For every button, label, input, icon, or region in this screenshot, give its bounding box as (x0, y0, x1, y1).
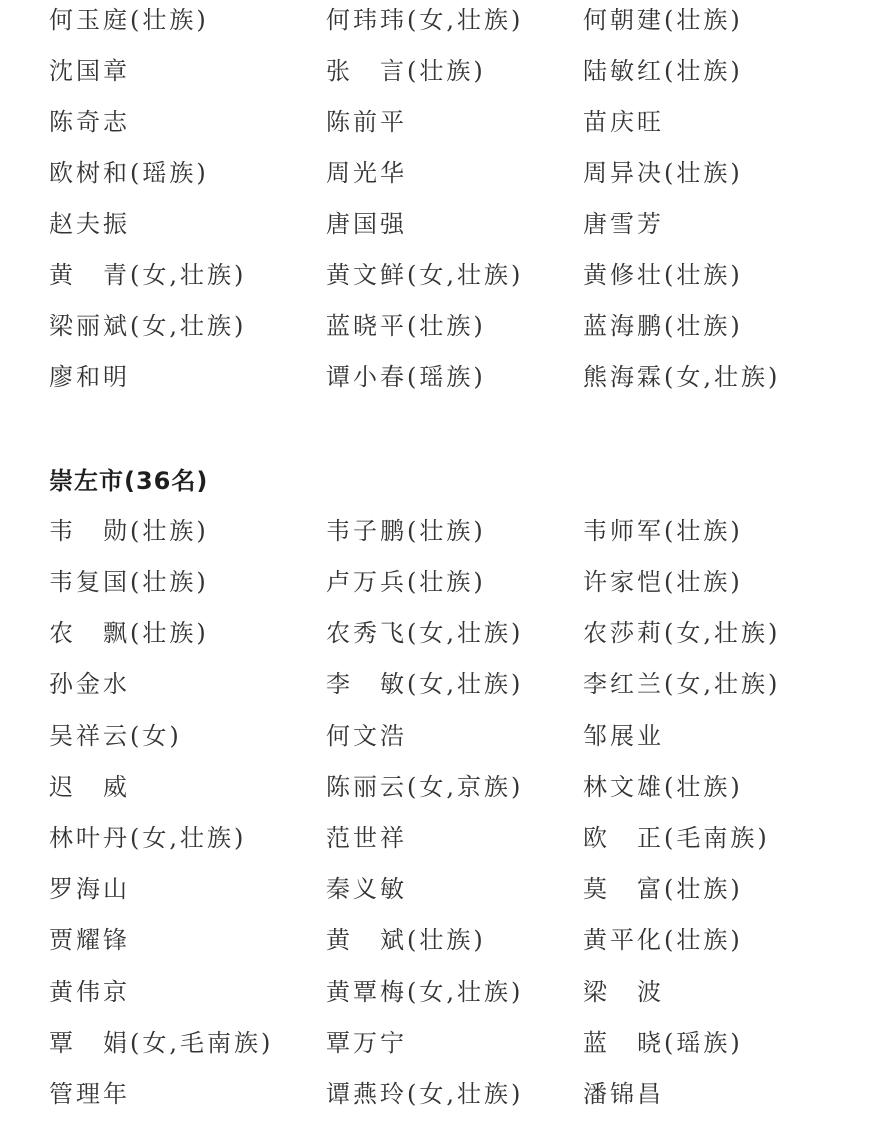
table-row: 韦 勋(壮族) 韦子鹏(壮族) 韦师军(壮族) (0, 511, 889, 551)
name-entry: 何文浩 (326, 716, 407, 756)
table-row: 韦复国(壮族) 卢万兵(壮族) 许家恺(壮族) (0, 562, 889, 602)
name-entry: 莫 富(壮族) (583, 869, 743, 909)
name-entry: 欧 正(毛南族) (583, 818, 770, 858)
name-entry: 陈丽云(女,京族) (326, 767, 523, 807)
name-entry: 韦复国(壮族) (49, 562, 209, 602)
table-row: 孙金水 李 敏(女,壮族) 李红兰(女,壮族) (0, 664, 889, 704)
name-entry: 何朝建(壮族) (583, 0, 743, 40)
name-entry: 秦义敏 (326, 869, 407, 909)
table-row: 吴祥云(女) 何文浩 邹展业 (0, 716, 889, 756)
name-entry: 范世祥 (326, 818, 407, 858)
table-row: 梁丽斌(女,壮族) 蓝晓平(壮族) 蓝海鹏(壮族) (0, 306, 889, 346)
table-row: 管理年 谭燕玲(女,壮族) 潘锦昌 (0, 1074, 889, 1114)
name-entry: 蓝晓平(壮族) (326, 306, 486, 346)
name-entry: 林叶丹(女,壮族) (49, 818, 246, 858)
name-entry: 廖和明 (49, 357, 130, 397)
table-row: 欧树和(瑶族) 周光华 周异决(壮族) (0, 153, 889, 193)
name-entry: 邹展业 (583, 716, 664, 756)
name-entry: 管理年 (49, 1074, 130, 1114)
name-entry: 唐雪芳 (583, 204, 664, 244)
name-entry: 潘锦昌 (583, 1074, 664, 1114)
name-entry: 林文雄(壮族) (583, 767, 743, 807)
name-entry: 何玮玮(女,壮族) (326, 0, 523, 40)
table-row: 黄伟京 黄覃梅(女,壮族) 梁 波 (0, 972, 889, 1012)
name-entry: 苗庆旺 (583, 102, 664, 142)
table-row: 廖和明 谭小春(瑶族) 熊海霖(女,壮族) (0, 357, 889, 397)
name-entry: 覃万宁 (326, 1023, 407, 1063)
name-entry: 何玉庭(壮族) (49, 0, 209, 40)
name-entry: 黄 青(女,壮族) (49, 255, 246, 295)
name-entry: 许家恺(壮族) (583, 562, 743, 602)
name-entry: 农 飘(壮族) (49, 613, 209, 653)
table-row: 黄 青(女,壮族) 黄文鲜(女,壮族) 黄修壮(壮族) (0, 255, 889, 295)
name-entry: 谭燕玲(女,壮族) (326, 1074, 523, 1114)
name-entry: 蓝 晓(瑶族) (583, 1023, 743, 1063)
table-row: 迟 威 陈丽云(女,京族) 林文雄(壮族) (0, 767, 889, 807)
section-heading: 崇左市(36名) (49, 461, 208, 501)
name-entry: 黄 斌(壮族) (326, 920, 486, 960)
name-entry: 周光华 (326, 153, 407, 193)
name-entry: 罗海山 (49, 869, 130, 909)
table-row: 林叶丹(女,壮族) 范世祥 欧 正(毛南族) (0, 818, 889, 858)
table-row: 陈奇志 陈前平 苗庆旺 (0, 102, 889, 142)
name-entry: 唐国强 (326, 204, 407, 244)
name-entry: 黄文鲜(女,壮族) (326, 255, 523, 295)
name-entry: 陈奇志 (49, 102, 130, 142)
name-entry: 卢万兵(壮族) (326, 562, 486, 602)
name-entry: 黄伟京 (49, 972, 130, 1012)
name-entry: 贾耀锋 (49, 920, 130, 960)
name-entry: 韦 勋(壮族) (49, 511, 209, 551)
name-entry: 韦师军(壮族) (583, 511, 743, 551)
name-entry: 李红兰(女,壮族) (583, 664, 780, 704)
table-row: 农 飘(壮族) 农秀飞(女,壮族) 农莎莉(女,壮族) (0, 613, 889, 653)
name-entry: 黄平化(壮族) (583, 920, 743, 960)
name-entry: 陆敏红(壮族) (583, 51, 743, 91)
name-entry: 欧树和(瑶族) (49, 153, 209, 193)
name-entry: 周异决(壮族) (583, 153, 743, 193)
table-row: 覃 娟(女,毛南族) 覃万宁 蓝 晓(瑶族) (0, 1023, 889, 1063)
name-entry: 赵夫振 (49, 204, 130, 244)
name-entry: 沈国章 (49, 51, 130, 91)
name-entry: 农莎莉(女,壮族) (583, 613, 780, 653)
table-row: 贾耀锋 黄 斌(壮族) 黄平化(壮族) (0, 920, 889, 960)
name-entry: 陈前平 (326, 102, 407, 142)
name-entry: 孙金水 (49, 664, 130, 704)
name-entry: 蓝海鹏(壮族) (583, 306, 743, 346)
name-entry: 黄修壮(壮族) (583, 255, 743, 295)
name-entry: 梁丽斌(女,壮族) (49, 306, 246, 346)
name-entry: 熊海霖(女,壮族) (583, 357, 780, 397)
name-entry: 谭小春(瑶族) (326, 357, 486, 397)
name-entry: 梁 波 (583, 972, 664, 1012)
table-row: 罗海山 秦义敏 莫 富(壮族) (0, 869, 889, 909)
name-entry: 迟 威 (49, 767, 130, 807)
table-row: 沈国章 张 言(壮族) 陆敏红(壮族) (0, 51, 889, 91)
name-entry: 黄覃梅(女,壮族) (326, 972, 523, 1012)
name-entry: 覃 娟(女,毛南族) (49, 1023, 273, 1063)
table-row: 赵夫振 唐国强 唐雪芳 (0, 204, 889, 244)
name-entry: 吴祥云(女) (49, 716, 182, 756)
name-entry: 李 敏(女,壮族) (326, 664, 523, 704)
table-row: 何玉庭(壮族) 何玮玮(女,壮族) 何朝建(壮族) (0, 0, 889, 40)
name-entry: 农秀飞(女,壮族) (326, 613, 523, 653)
name-entry: 韦子鹏(壮族) (326, 511, 486, 551)
name-entry: 张 言(壮族) (326, 51, 486, 91)
